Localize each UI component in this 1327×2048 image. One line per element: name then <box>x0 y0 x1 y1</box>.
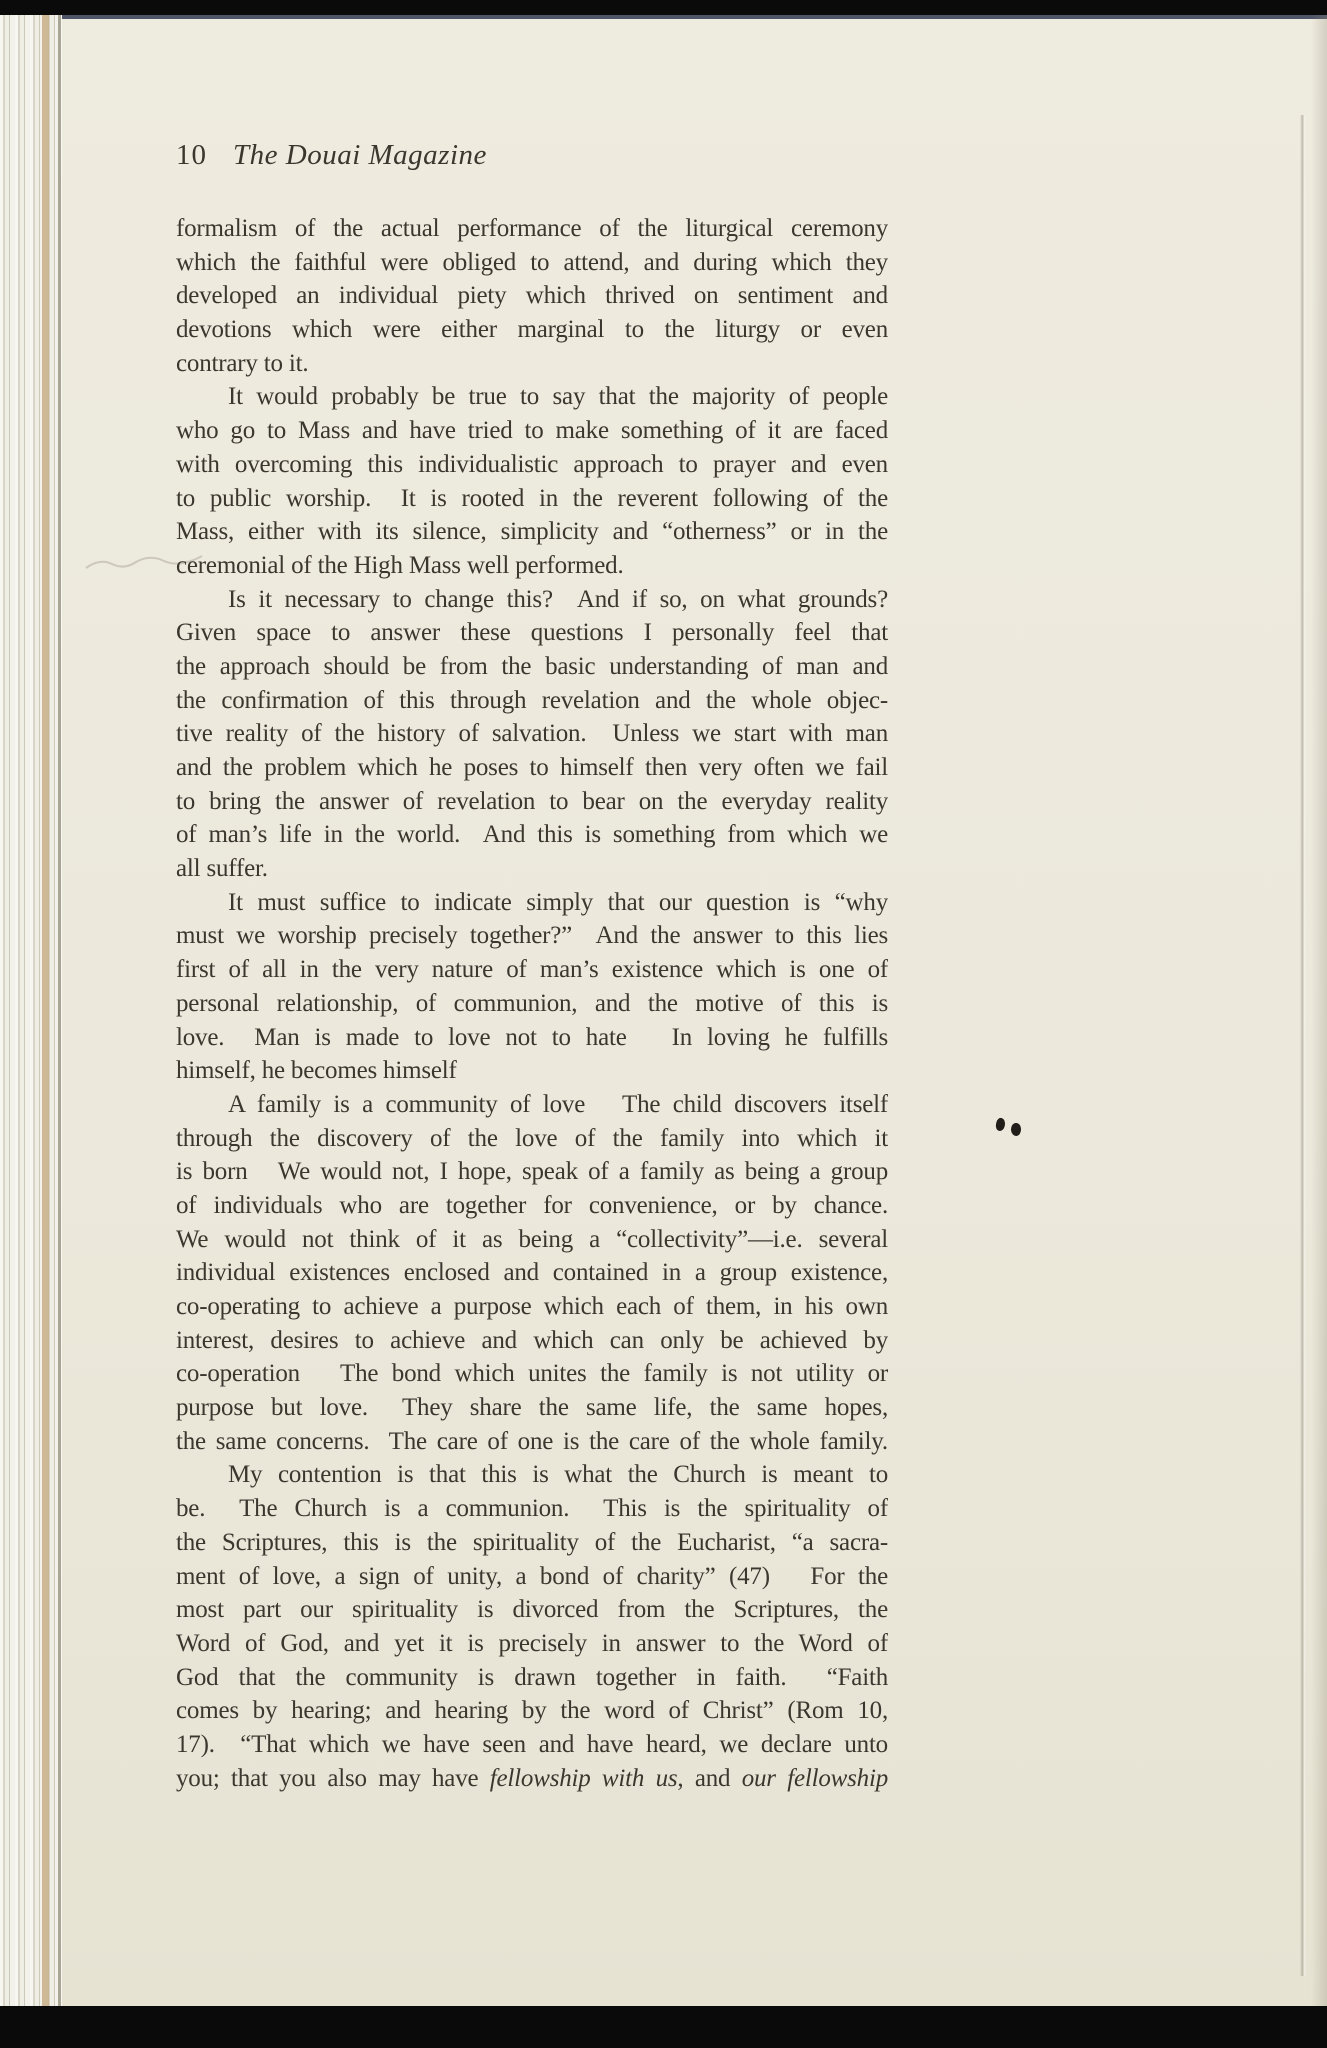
paragraph: A family is a community of love The chil… <box>176 1088 888 1459</box>
text-line: through the discovery of the love of the… <box>176 1122 888 1156</box>
text-line: 17). “That which we have seen and have h… <box>176 1728 888 1762</box>
text-line: Given space to answer these questions I … <box>176 616 888 650</box>
page-number: 10 <box>176 138 207 172</box>
text-line: developed an individual piety which thri… <box>176 279 888 313</box>
text-line: be. The Church is a communion. This is t… <box>176 1492 888 1526</box>
paragraph: Is it necessary to change this? And if s… <box>176 583 888 886</box>
text-line: himself, he becomes himself <box>176 1054 888 1088</box>
page-header: 10 The Douai Magazine <box>176 138 888 172</box>
text-line: ment of love, a sign of unity, a bond of… <box>176 1560 888 1594</box>
paragraph: formalism of the actual performance of t… <box>176 212 888 380</box>
page-stack-tan-stripe <box>42 15 49 2006</box>
text-line: comes by hearing; and hearing by the wor… <box>176 1694 888 1728</box>
text-line: must we worship precisely together?” And… <box>176 919 888 953</box>
text-line: love. Man is made to love not to hate In… <box>176 1021 888 1055</box>
text-line: the same concerns. The care of one is th… <box>176 1425 888 1459</box>
text-line: God that the community is drawn together… <box>176 1661 888 1695</box>
text-line: of man’s life in the world. And this is … <box>176 818 888 852</box>
text-segment: , and <box>677 1765 741 1792</box>
top-black-band <box>0 0 1327 15</box>
text-line: is born We would not, I hope, speak of a… <box>176 1155 888 1189</box>
text-segment: you; that you also may have <box>176 1765 490 1792</box>
page-stack-edge <box>0 15 62 2006</box>
text-line: We would not think of it as being a “col… <box>176 1223 888 1257</box>
text-line: you; that you also may have fellowship w… <box>176 1762 888 1796</box>
page-top-edge-shadow <box>34 15 1327 19</box>
paragraph: It must suffice to indicate simply that … <box>176 886 888 1088</box>
text-line: Mass, either with its silence, simplicit… <box>176 515 888 549</box>
text-line: the confirmation of this through revelat… <box>176 684 888 718</box>
text-line: the Scriptures, this is the spirituality… <box>176 1526 888 1560</box>
italic-text: our fellowship <box>742 1765 888 1792</box>
text-line: individual existences enclosed and conta… <box>176 1256 888 1290</box>
text-line: purpose but love. They share the same li… <box>176 1391 888 1425</box>
text-body: formalism of the actual performance of t… <box>176 212 888 1795</box>
text-line: who go to Mass and have tried to make so… <box>176 414 888 448</box>
text-line: It must suffice to indicate simply that … <box>176 886 888 920</box>
page-content: 10 The Douai Magazine formalism of the a… <box>176 138 888 1795</box>
page-right-shadow <box>1311 15 1327 2006</box>
text-line: My contention is that this is what the C… <box>176 1458 888 1492</box>
paragraph: My contention is that this is what the C… <box>176 1458 888 1795</box>
page-crease <box>1300 115 1306 1976</box>
bottom-black-band <box>0 2006 1327 2048</box>
italic-text: fellowship with us <box>490 1765 678 1792</box>
text-line: most part our spirituality is divorced f… <box>176 1593 888 1627</box>
text-line: of individuals who are together for conv… <box>176 1189 888 1223</box>
text-line: personal relationship, of communion, and… <box>176 987 888 1021</box>
text-line: devotions which were either marginal to … <box>176 313 888 347</box>
text-line: which the faithful were obliged to atten… <box>176 246 888 280</box>
text-line: A family is a community of love The chil… <box>176 1088 888 1122</box>
text-line: to bring the answer of revelation to bea… <box>176 785 888 819</box>
text-line: co-operation The bond which unites the f… <box>176 1357 888 1391</box>
text-line: interest, desires to achieve and which c… <box>176 1324 888 1358</box>
text-line: formalism of the actual performance of t… <box>176 212 888 246</box>
text-line: to public worship. It is rooted in the r… <box>176 482 888 516</box>
text-line: co-operating to achieve a purpose which … <box>176 1290 888 1324</box>
text-line: all suffer. <box>176 852 888 886</box>
text-line: It would probably be true to say that th… <box>176 380 888 414</box>
text-line: Word of God, and yet it is precisely in … <box>176 1627 888 1661</box>
text-line: first of all in the very nature of man’s… <box>176 953 888 987</box>
book-page: 10 The Douai Magazine formalism of the a… <box>0 15 1327 2006</box>
text-line: with overcoming this individualistic app… <box>176 448 888 482</box>
page-stack-boundary <box>58 15 61 2006</box>
text-line: the approach should be from the basic un… <box>176 650 888 684</box>
text-line: ceremonial of the High Mass well perform… <box>176 549 888 583</box>
text-line: contrary to it. <box>176 347 888 381</box>
text-line: and the problem which he poses to himsel… <box>176 751 888 785</box>
pencil-mark <box>84 548 204 576</box>
text-line: tive reality of the history of salvation… <box>176 717 888 751</box>
paragraph: It would probably be true to say that th… <box>176 380 888 582</box>
text-line: Is it necessary to change this? And if s… <box>176 583 888 617</box>
journal-title: The Douai Magazine <box>233 138 487 172</box>
